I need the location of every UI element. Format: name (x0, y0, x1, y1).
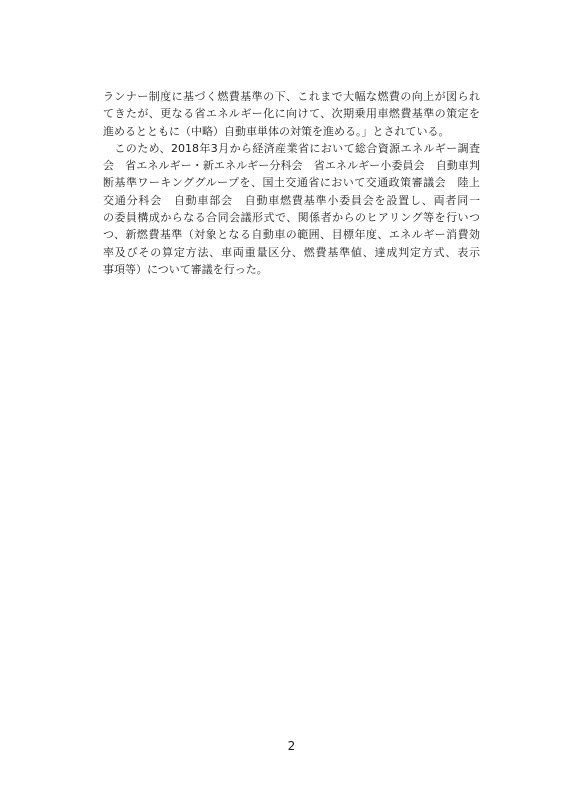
text-line: の委員構成からなる合同会議形式で、関係者からのヒアリング等を行いつ (103, 209, 480, 226)
text-line: 会 省エネルギー・新エネルギー分科会 省エネルギー小委員会 自動車判 (103, 157, 480, 174)
text-line: 率及びその算定方法、車両重量区分、燃費基準値、達成判定方式、表示 (103, 244, 480, 261)
text-line: 断基準ワーキンググループを、国土交通省において交通政策審議会 陸上 (103, 174, 480, 191)
text-line: ランナー制度に基づく燃費基準の下、これまで大幅な燃費の向上が図られ (103, 88, 480, 105)
text-line: 交通分科会 自動車部会 自動車燃費基準小委員会を設置し、両者同一 (103, 192, 480, 209)
body-text: ランナー制度に基づく燃費基準の下、これまで大幅な燃費の向上が図られ てきたが、更… (103, 88, 480, 278)
document-page: ランナー制度に基づく燃費基準の下、これまで大幅な燃費の向上が図られ てきたが、更… (0, 0, 566, 800)
text-line: つ、新燃費基準（対象となる自動車の範囲、目標年度、エネルギー消費効 (103, 226, 480, 243)
page-number: 2 (103, 739, 480, 754)
text-line: 事項等）について審議を行った。 (103, 261, 480, 278)
text-line: このため、2018年3月から経済産業省において総合資源エネルギー調査 (103, 140, 480, 157)
text-line: 進めるとともに（中略）自動車単体の対策を進める。」とされている。 (103, 123, 480, 140)
text-line: てきたが、更なる省エネルギー化に向けて、次期乗用車燃費基準の策定を (103, 105, 480, 122)
